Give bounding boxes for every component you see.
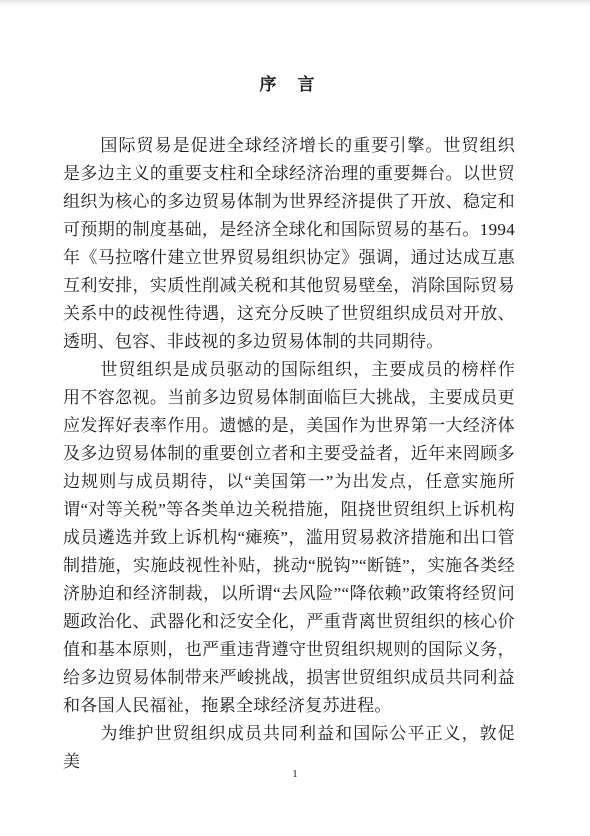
page-number: 1: [0, 768, 590, 781]
document-page: 序 言 国际贸易是促进全球经济增长的重要引擎。世贸组织是多边主义的重要支柱和全球…: [0, 0, 590, 836]
page-edge-shadow: [0, 0, 590, 7]
paragraph-international-trade-intro: 国际贸易是促进全球经济增长的重要引擎。世贸组织是多边主义的重要支柱和全球经济治理…: [63, 132, 515, 356]
paragraph-wto-members-challenges: 世贸组织是成员驱动的国际组织，主要成员的榜样作用不容忽视。当前多边贸易体制面临巨…: [63, 356, 515, 720]
document-body: 国际贸易是促进全球经济增长的重要引擎。世贸组织是多边主义的重要支柱和全球经济治理…: [63, 132, 515, 776]
document-title: 序 言: [0, 74, 576, 96]
